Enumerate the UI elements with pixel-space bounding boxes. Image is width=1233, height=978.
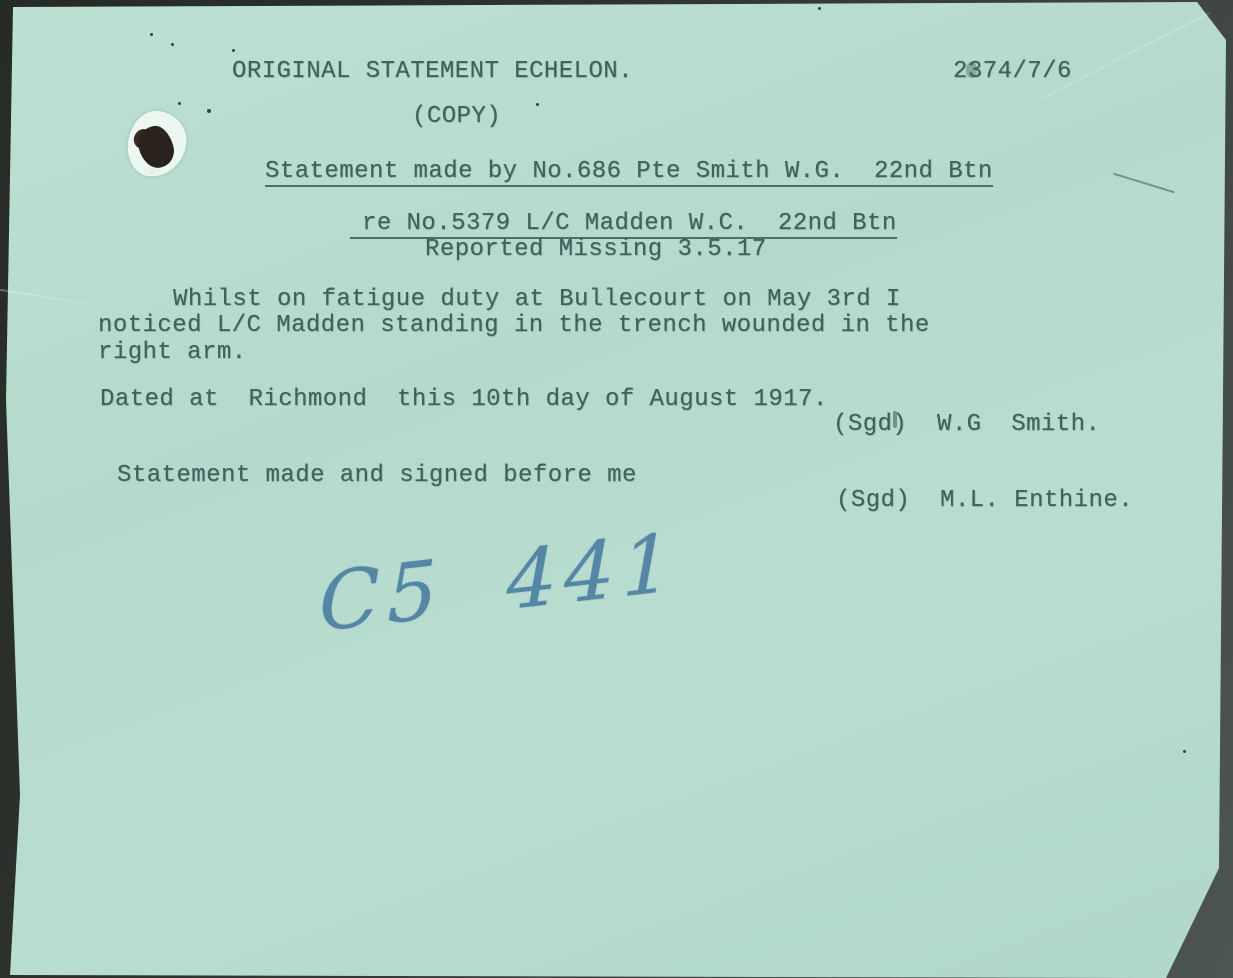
copy-label: (COPY) — [412, 104, 501, 130]
attestation-line: Statement made and signed before me — [117, 463, 637, 489]
ink-speck — [178, 102, 181, 105]
body-line-3: right arm. — [98, 340, 247, 366]
document-title: ORIGINAL STATEMENT ECHELON. — [232, 59, 633, 85]
subject-line-re: re No.5379 L/C Madden W.C. 22nd Btn — [350, 211, 897, 239]
signature-smith: (Sgd) W.G Smith. — [833, 412, 1100, 438]
body-line-2: noticed L/C Madden standing in the trenc… — [98, 313, 930, 339]
ink-speck — [536, 103, 539, 106]
subject-line-statement: Statement made by No.686 Pte Smith W.G. … — [265, 159, 993, 187]
overstrike-mark — [966, 62, 977, 78]
dated-line: Dated at Richmond this 10th day of Augus… — [100, 387, 828, 413]
ink-speck — [818, 7, 821, 10]
subject-line-missing: Reported Missing 3.5.17 — [425, 237, 767, 263]
ink-speck — [207, 109, 211, 113]
body-line-1: Whilst on fatigue duty at Bullecourt on … — [173, 287, 901, 313]
ink-speck — [1183, 750, 1186, 753]
ink-speck — [232, 49, 235, 52]
ink-speck — [171, 43, 174, 46]
scanned-document: ORIGINAL STATEMENT ECHELON. 2374/7/6 (CO… — [0, 0, 1233, 978]
ink-bar-mark — [893, 411, 897, 428]
signature-witness: (Sgd) M.L. Enthine. — [836, 488, 1133, 514]
ink-speck — [150, 33, 153, 36]
punch-hole — [128, 111, 186, 177]
